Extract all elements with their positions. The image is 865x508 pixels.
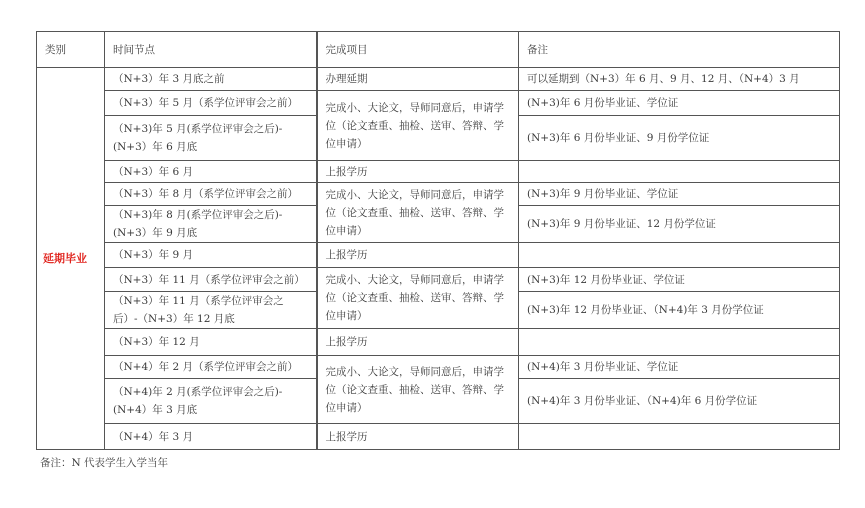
time-cell: （N+3）年 11 月（系学位评审会之前） [105,268,317,292]
table-header-row: 类别 时间节点 完成项目 备注 [37,32,840,68]
table-row: （N+3）年 6 月 上报学历 [37,161,840,183]
task-cell: 上报学历 [317,424,519,450]
header-note: 备注 [519,32,840,68]
time-cell: （N+3）年 12 月 [105,329,317,356]
note-cell: (N+4)年 3 月份毕业证、学位证 [519,356,840,379]
time-cell: （N+3）年 5 月（系学位评审会之前） [105,91,317,116]
time-cell: （N+3)年 8 月(系学位评审会之后)-(N+3）年 9 月底 [105,206,317,243]
note-cell: (N+3)年 6 月份毕业证、9 月份学位证 [519,116,840,161]
header-task: 完成项目 [317,32,519,68]
note-cell [519,161,840,183]
table-row: （N+3）年 8 月（系学位评审会之前） 完成小、大论文，导师同意后，申请学位（… [37,183,840,206]
task-cell: 完成小、大论文，导师同意后，申请学位（论文查重、抽检、送审、答辩、学位申请） [317,356,519,424]
category-cell: 延期毕业 [37,68,105,450]
table-row: （N+3）年 12 月 上报学历 [37,329,840,356]
table-row: 延期毕业 （N+3）年 3 月底之前 办理延期 可以延期到（N+3）年 6 月、… [37,68,840,91]
footnote: 备注：N 代表学生入学当年 [40,455,168,470]
note-cell [519,424,840,450]
header-time: 时间节点 [105,32,317,68]
time-cell: （N+3）年 8 月（系学位评审会之前） [105,183,317,206]
note-cell [519,243,840,268]
note-cell: (N+4)年 3 月份毕业证、（N+4)年 6 月份学位证 [519,379,840,424]
time-cell: （N+3)年 5 月(系学位评审会之后)-(N+3）年 6 月底 [105,116,317,161]
note-cell: (N+3)年 12 月份毕业证、（N+4)年 3 月份学位证 [519,292,840,329]
note-cell [519,329,840,356]
note-cell: 可以延期到（N+3）年 6 月、9 月、12 月、（N+4）3 月 [519,68,840,91]
table-row: （N+4）年 2 月（系学位评审会之前） 完成小、大论文，导师同意后，申请学位（… [37,356,840,379]
table-row: （N+3）年 5 月（系学位评审会之前） 完成小、大论文，导师同意后，申请学位（… [37,91,840,116]
time-cell: （N+4)年 2 月(系学位评审会之后)-(N+4）年 3 月底 [105,379,317,424]
note-cell: (N+3)年 9 月份毕业证、12 月份学位证 [519,206,840,243]
task-cell: 完成小、大论文，导师同意后，申请学位（论文查重、抽检、送审、答辩、学位申请） [317,91,519,161]
task-cell: 完成小、大论文，导师同意后，申请学位（论文查重、抽检、送审、答辩、学位申请） [317,183,519,243]
table-row: （N+4）年 3 月 上报学历 [37,424,840,450]
task-cell: 上报学历 [317,243,519,268]
header-category: 类别 [37,32,105,68]
note-cell: (N+3)年 6 月份毕业证、学位证 [519,91,840,116]
time-cell: （N+4）年 2 月（系学位评审会之前） [105,356,317,379]
note-cell: (N+3)年 9 月份毕业证、学位证 [519,183,840,206]
time-cell: （N+3）年 6 月 [105,161,317,183]
task-cell: 办理延期 [317,68,519,91]
task-cell: 完成小、大论文，导师同意后，申请学位（论文查重、抽检、送审、答辩、学位申请） [317,268,519,329]
table-row: （N+3）年 9 月 上报学历 [37,243,840,268]
time-cell: （N+4）年 3 月 [105,424,317,450]
task-cell: 上报学历 [317,329,519,356]
note-cell: (N+3)年 12 月份毕业证、学位证 [519,268,840,292]
time-cell: （N+3）年 9 月 [105,243,317,268]
task-cell: 上报学历 [317,161,519,183]
time-cell: （N+3）年 3 月底之前 [105,68,317,91]
table-row: （N+3）年 11 月（系学位评审会之前） 完成小、大论文，导师同意后，申请学位… [37,268,840,292]
graduation-delay-table: 类别 时间节点 完成项目 备注 延期毕业 （N+3）年 3 月底之前 办理延期 … [36,31,840,450]
time-cell: （N+3）年 11 月（系学位评审会之后）-（N+3）年 12 月底 [105,292,317,329]
